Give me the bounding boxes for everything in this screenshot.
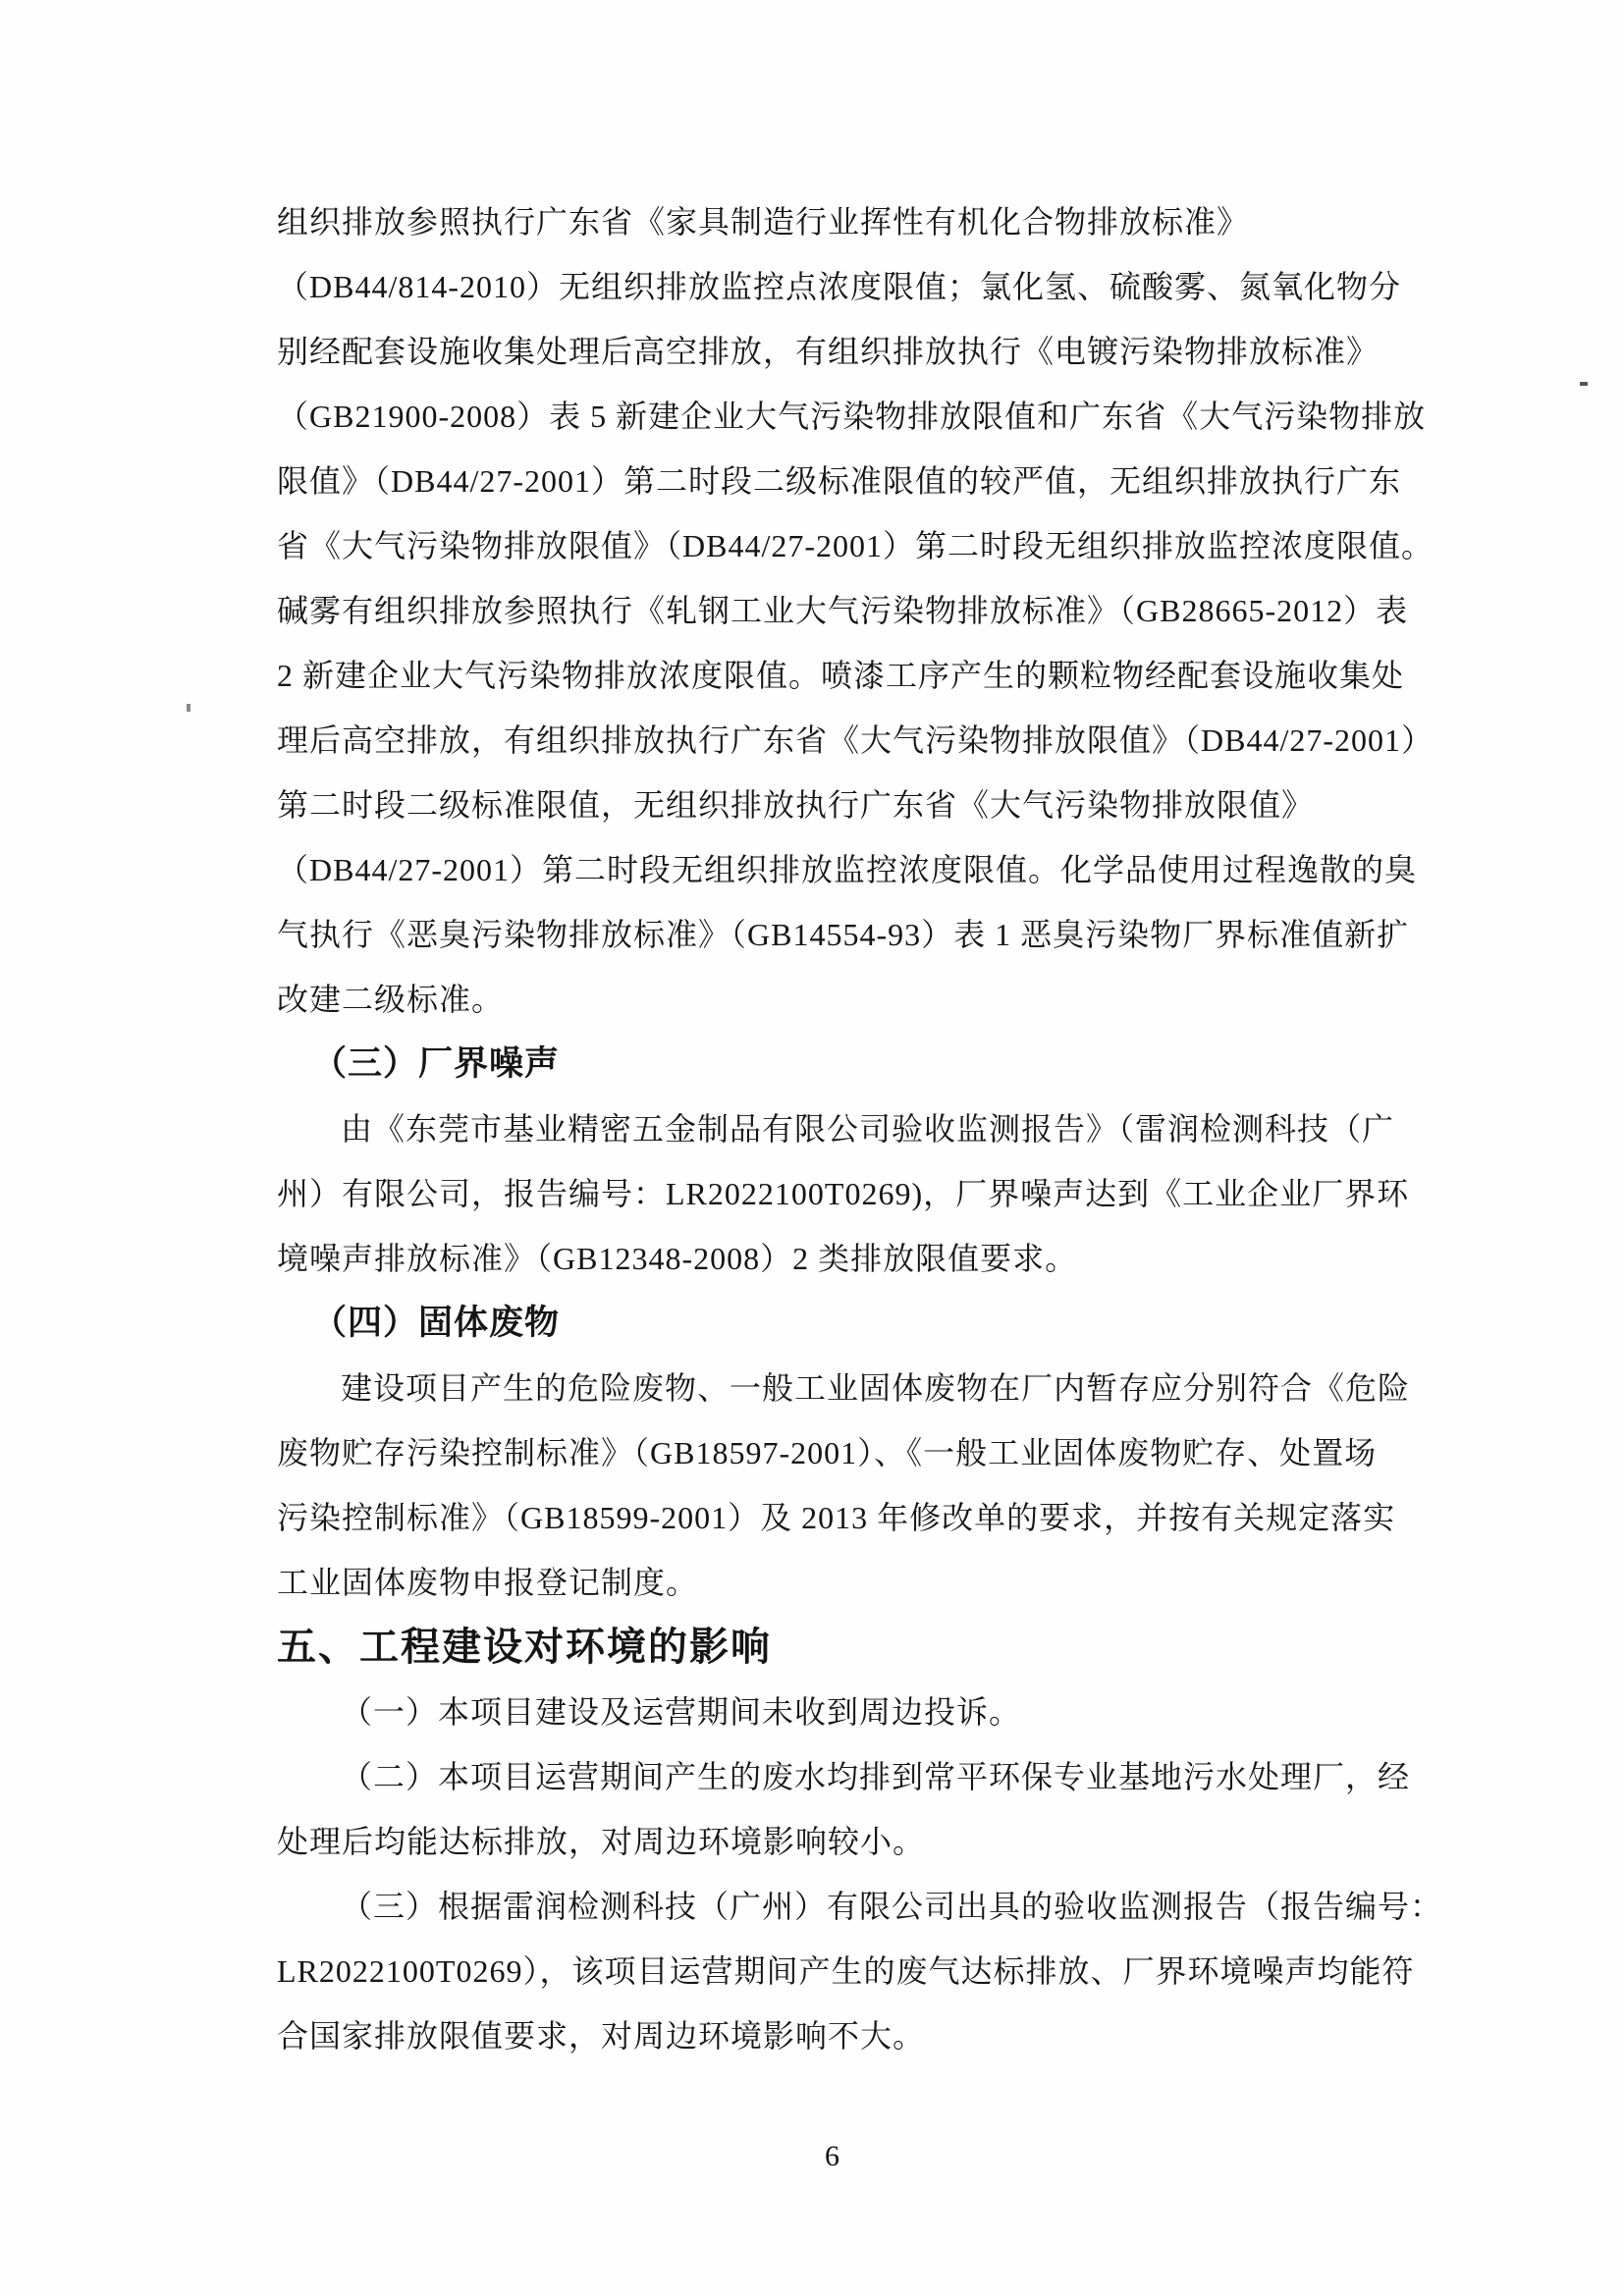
text-line: （GB21900-2008）表 5 新建企业大气污染物排放限值和广东省《大气污染… <box>277 384 1406 449</box>
text-line: 组织排放参照执行广东省《家具制造行业挥性有机化合物排放标准》 <box>277 189 1406 254</box>
text-line: 改建二级标准。 <box>277 967 1406 1032</box>
text-line: 工业固体废物申报登记制度。 <box>277 1550 1406 1615</box>
scan-speck <box>1580 382 1588 386</box>
text-line: 合国家排放限值要求，对周边环境影响不大。 <box>277 2003 1406 2068</box>
text-line: 省《大气污染物排放限值》（DB44/27-2001）第二时段无组织排放监控浓度限… <box>277 513 1406 578</box>
text-line: 由《东莞市基业精密五金制品有限公司验收监测报告》（雷润检测科技（广 <box>277 1096 1406 1161</box>
text-line: 碱雾有组织排放参照执行《轧钢工业大气污染物排放标准》（GB28665-2012）… <box>277 578 1406 643</box>
document-page: 组织排放参照执行广东省《家具制造行业挥性有机化合物排放标准》（DB44/814-… <box>0 0 1624 2296</box>
text-line: 别经配套设施收集处理后高空排放，有组织排放执行《电镀污染物排放标准》 <box>277 319 1406 384</box>
text-line: LR2022100T0269），该项目运营期间产生的废气达标排放、厂界环境噪声均… <box>277 1939 1406 2003</box>
text-line: （三）根据雷润检测科技（广州）有限公司出具的验收监测报告（报告编号： <box>277 1874 1406 1939</box>
text-line: 气执行《恶臭污染物排放标准》（GB14554-93）表 1 恶臭污染物厂界标准值… <box>277 902 1406 967</box>
text-line: （DB44/814-2010）无组织排放监控点浓度限值；氯化氢、硫酸雾、氮氧化物… <box>277 254 1406 319</box>
text-line: 第二时段二级标准限值，无组织排放执行广东省《大气污染物排放限值》 <box>277 773 1406 837</box>
section-heading: 五、工程建设对环境的影响 <box>277 1615 1406 1680</box>
text-line: （DB44/27-2001）第二时段无组织排放监控浓度限值。化学品使用过程逸散的… <box>277 837 1406 902</box>
text-line: 建设项目产生的危险废物、一般工业固体废物在厂内暂存应分别符合《危险 <box>277 1356 1406 1420</box>
text-line: 限值》（DB44/27-2001）第二时段二级标准限值的较严值，无组织排放执行广… <box>277 449 1406 513</box>
text-line: 处理后均能达标排放，对周边环境影响较小。 <box>277 1809 1406 1874</box>
page-number: 6 <box>825 2137 839 2176</box>
text-line: 州）有限公司，报告编号：LR2022100T0269)，厂界噪声达到《工业企业厂… <box>277 1161 1406 1226</box>
text-line: 2 新建企业大气污染物排放浓度限值。喷漆工序产生的颗粒物经配套设施收集处 <box>277 643 1406 708</box>
text-line: 境噪声排放标准》（GB12348-2008）2 类排放限值要求。 <box>277 1226 1406 1291</box>
text-line: （一）本项目建设及运营期间未收到周边投诉。 <box>277 1680 1406 1744</box>
subsection-heading: （三）厂界噪声 <box>277 1032 1406 1096</box>
text-line: 废物贮存污染控制标准》（GB18597-2001）、《一般工业固体废物贮存、处置… <box>277 1420 1406 1485</box>
text-block: 组织排放参照执行广东省《家具制造行业挥性有机化合物排放标准》（DB44/814-… <box>277 189 1406 2068</box>
text-line: （二）本项目运营期间产生的废水均排到常平环保专业基地污水处理厂，经 <box>277 1744 1406 1809</box>
subsection-heading: （四）固体废物 <box>277 1291 1406 1356</box>
scan-speck <box>187 704 190 712</box>
text-line: 污染控制标准》（GB18599-2001）及 2013 年修改单的要求，并按有关… <box>277 1485 1406 1550</box>
text-line: 理后高空排放，有组织排放执行广东省《大气污染物排放限值》（DB44/27-200… <box>277 708 1406 773</box>
